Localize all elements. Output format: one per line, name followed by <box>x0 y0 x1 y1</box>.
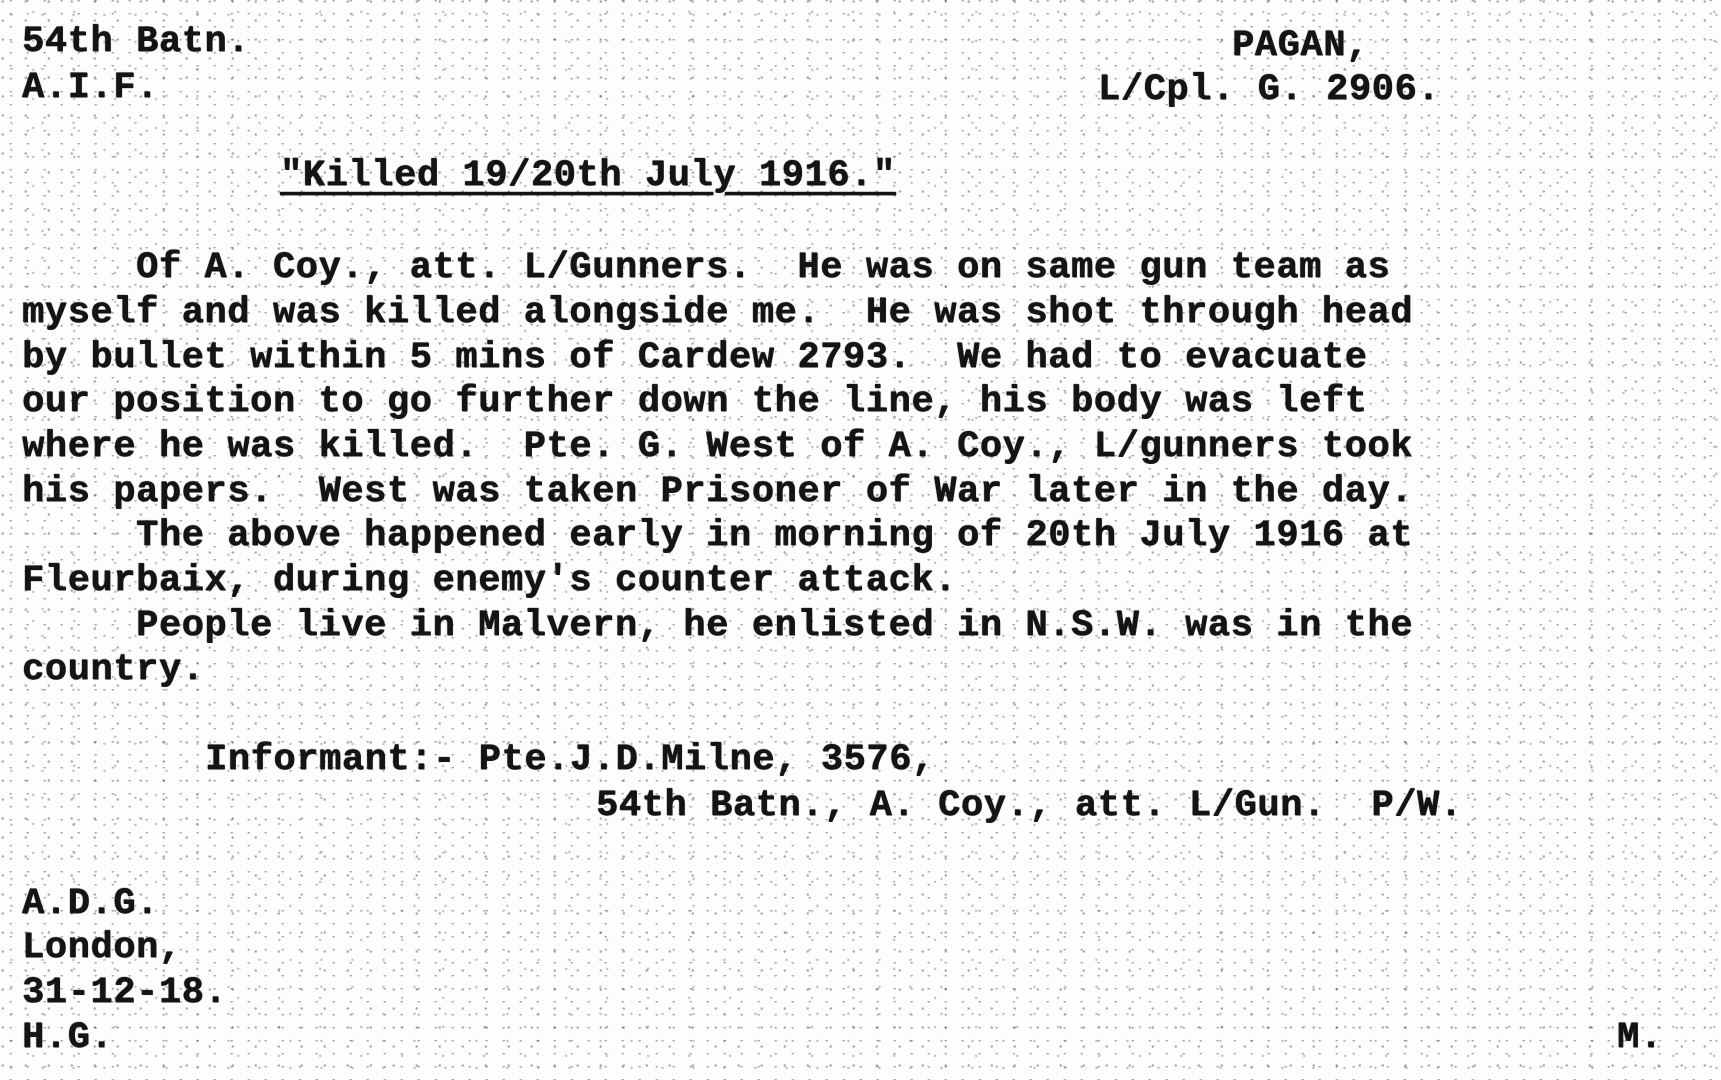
office-code: A.D.G. <box>22 886 159 923</box>
body-line: Of A. Coy., att. L/Gunners. He was on sa… <box>22 250 1390 287</box>
soldier-rank-number: L/Cpl. G. 2906. <box>1098 72 1440 109</box>
informant-line-1: Informant:- Pte.J.D.Milne, 3576, <box>205 742 935 779</box>
body-line: by bullet within 5 mins of Cardew 2793. … <box>22 340 1367 377</box>
body-line: his papers. West was taken Prisoner of W… <box>22 474 1413 511</box>
informant-line-2: 54th Batn., A. Coy., att. L/Gun. P/W. <box>596 788 1463 825</box>
body-line: country. <box>22 652 204 689</box>
file-mark: M. <box>1617 1020 1663 1057</box>
body-line: The above happened early in morning of 2… <box>22 518 1413 555</box>
body-line: where he was killed. Pte. G. West of A. … <box>22 429 1413 466</box>
report-date: 31-12-18. <box>22 975 227 1012</box>
body-line: Fleurbaix, during enemy's counter attack… <box>22 563 957 600</box>
typed-document-page: 54th Batn. A.I.F. PAGAN, L/Cpl. G. 2906.… <box>0 0 1721 1080</box>
body-line: our position to go further down the line… <box>22 384 1367 421</box>
body-line: myself and was killed alongside me. He w… <box>22 295 1413 332</box>
unit-line-2: A.I.F. <box>22 70 159 107</box>
office-city: London, <box>22 930 182 967</box>
soldier-surname: PAGAN, <box>1232 28 1369 65</box>
body-line: People live in Malvern, he enlisted in N… <box>22 608 1413 645</box>
document-title: "Killed 19/20th July 1916." <box>280 158 896 195</box>
unit-line-1: 54th Batn. <box>22 24 250 61</box>
clerk-initials: H.G. <box>22 1020 113 1057</box>
